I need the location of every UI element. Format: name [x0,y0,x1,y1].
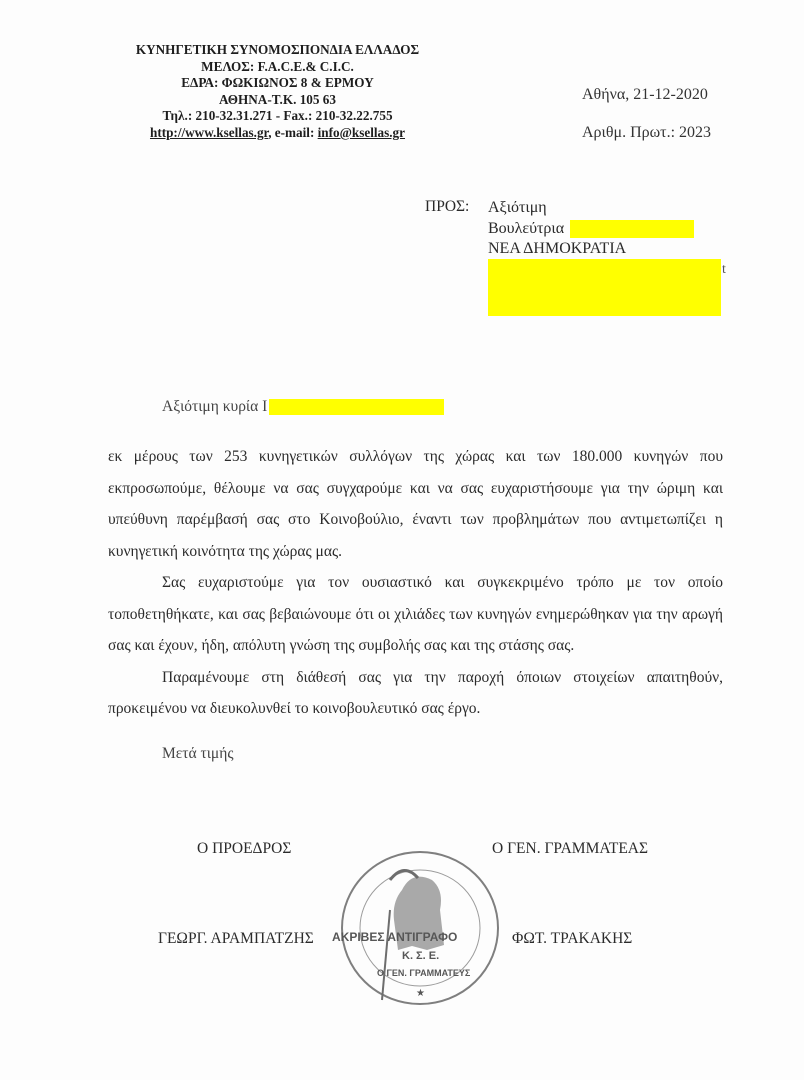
recipient-role-row: Βουλεύτρια [488,219,694,240]
letter-body: εκ μέρους των 253 κυνηγετικών συλλόγων τ… [108,441,723,725]
paragraph-1: εκ μέρους των 253 κυνηγετικών συλλόγων τ… [108,441,723,567]
paragraph-3: Παραμένουμε στη διάθεσή σας για την παρο… [108,662,723,725]
stamp-star-icon: ★ [416,988,425,999]
email-link[interactable]: info@ksellas.gr [318,125,405,140]
official-stamp: ΑΚΡΙΒΕΣ ΑΝΤΙΓΡΑΦΟ Κ. Σ. Ε. Ο ΓΕΝ. ΓΡΑΜΜΑ… [332,850,532,1010]
postal-code: ΑΘΗΝΑ-Τ.Κ. 105 63 [100,92,455,109]
redacted-salutation-name [269,399,444,415]
stamp-signer: Ο ΓΕΝ. ΓΡΑΜΜΑΤΕΥΣ [377,968,470,978]
letter-date: Αθήνα, 21-12-2020 [582,86,708,104]
membership: ΜΕΛΟΣ: F.A.C.E.& C.I.C. [100,59,455,76]
recipient-party: ΝΕΑ ΔΗΜΟΚΡΑΤΙΑ [488,239,694,260]
stamp-initials: Κ. Σ. Ε. [402,950,439,962]
paragraph-2: Σας ευχαριστούμε για τον ουσιαστικό και … [108,567,723,662]
recipient-label: ΠΡΟΣ: [425,198,469,216]
recipient-role: Βουλεύτρια [488,220,564,237]
recipient-honorific: Αξιότιμη [488,198,694,219]
president-title: Ο ΠΡΟΕΔΡΟΣ [197,840,291,858]
secretary-name: ΦΩΤ. ΤΡΑΚΑΚΗΣ [512,930,632,948]
address: ΕΔΡΑ: ΦΩΚΙΩΝΟΣ 8 & ΕΡΜΟΥ [100,75,455,92]
stamp-overlay-text: ΑΚΡΙΒΕΣ ΑΝΤΙΓΡΑΦΟ [332,930,457,944]
email-prefix: , e-mail: [268,125,317,140]
president-name: ΓΕΩΡΓ. ΑΡΑΜΠΑΤΖΗΣ [158,930,314,948]
redacted-name [570,220,694,238]
letterhead: ΚΥΝΗΓΕΤΙΚΗ ΣΥΝΟΜΟΣΠΟΝΔΙΑ ΕΛΛΑΔΟΣ ΜΕΛΟΣ: … [100,42,455,142]
website-link[interactable]: http://www.ksellas.gr [150,125,268,140]
recipient-block: Αξιότιμη Βουλεύτρια ΝΕΑ ΔΗΜΟΚΡΑΤΙΑ [488,198,694,260]
salutation: Αξιότιμη κυρία Ι [162,398,444,416]
redaction-artifact: t [722,262,726,278]
organization-name: ΚΥΝΗΓΕΤΙΚΗ ΣΥΝΟΜΟΣΠΟΝΔΙΑ ΕΛΛΑΔΟΣ [100,42,455,59]
contact-line: http://www.ksellas.gr, e-mail: info@ksel… [100,125,455,142]
protocol-number: Αριθμ. Πρωτ.: 2023 [582,124,711,142]
redacted-address [488,259,721,316]
closing: Μετά τιμής [162,745,233,763]
phone-fax: Τηλ.: 210-32.31.271 - Fax.: 210-32.22.75… [100,108,455,125]
salutation-text: Αξιότιμη κυρία Ι [162,398,267,415]
